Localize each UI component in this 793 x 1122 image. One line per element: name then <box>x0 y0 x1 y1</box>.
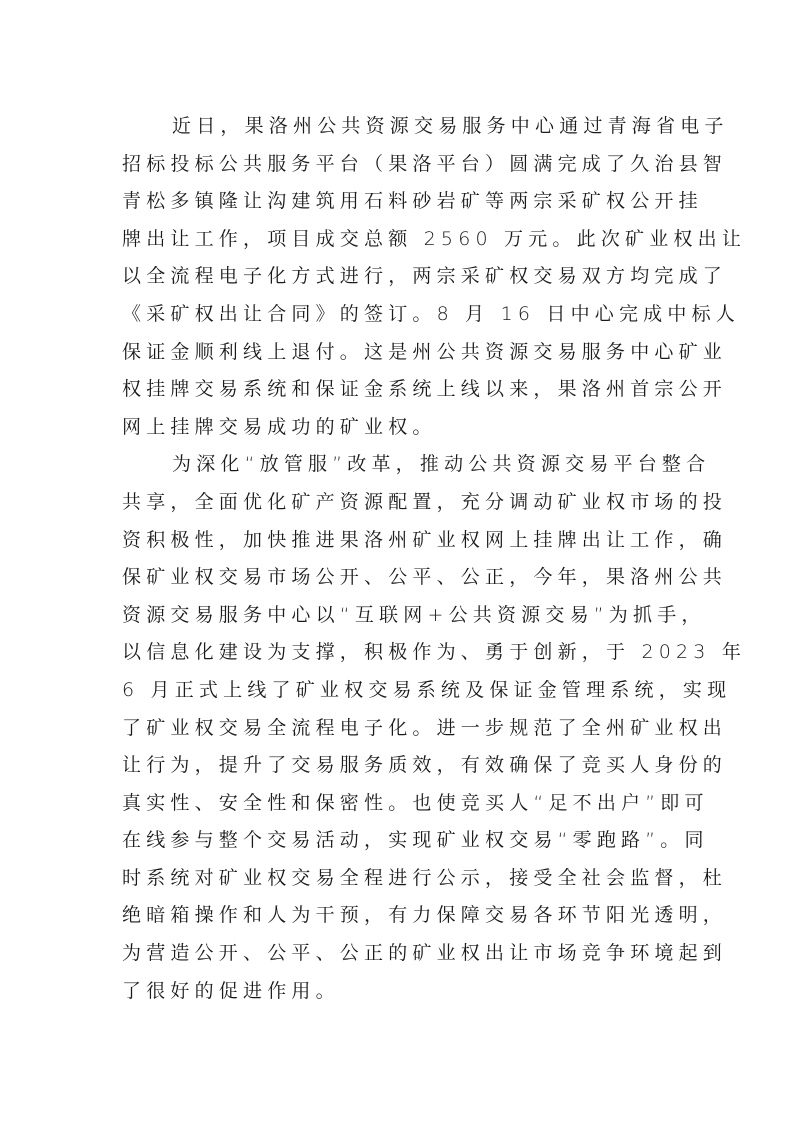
text-line: 保矿业权交易市场公开、公平、公正，今年，果洛州公共 <box>122 559 682 597</box>
text-line: 为深化“放管服”改革，推动公共资源交易平台整合 <box>122 446 682 484</box>
text-line: 保证金顺利线上退付。这是州公共资源交易服务中心矿业 <box>122 334 682 372</box>
text-line: 牌出让工作，项目成交总额 2560 万元。此次矿业权出让 <box>122 221 682 259</box>
paragraph-1: 近日，果洛州公共资源交易服务中心通过青海省电子 招标投标公共服务平台（果洛平台）… <box>122 108 682 446</box>
text-line: 了很好的促进作用。 <box>122 973 682 1011</box>
text-line: 了矿业权交易全流程电子化。进一步规范了全州矿业权出 <box>122 710 682 748</box>
text-line: 真实性、安全性和保密性。也使竞买人“足不出户”即可 <box>122 785 682 823</box>
document-page: 近日，果洛州公共资源交易服务中心通过青海省电子 招标投标公共服务平台（果洛平台）… <box>122 108 682 1010</box>
text-line: 资积极性，加快推进果洛州矿业权网上挂牌出让工作，确 <box>122 522 682 560</box>
text-line: 权挂牌交易系统和保证金系统上线以来，果洛州首宗公开 <box>122 371 682 409</box>
text-line: 以全流程电子化方式进行，两宗采矿权交易双方均完成了 <box>122 258 682 296</box>
text-line: 让行为，提升了交易服务质效，有效确保了竞买人身份的 <box>122 747 682 785</box>
text-line: 招标投标公共服务平台（果洛平台）圆满完成了久治县智 <box>122 146 682 184</box>
text-line: 6 月正式上线了矿业权交易系统及保证金管理系统，实现 <box>122 672 682 710</box>
text-line: 以信息化建设为支撑，积极作为、勇于创新，于 2023 年 <box>122 634 682 672</box>
text-line: 为营造公开、公平、公正的矿业权出让市场竞争环境起到 <box>122 935 682 973</box>
text-line: 网上挂牌交易成功的矿业权。 <box>122 409 682 447</box>
text-line: 在线参与整个交易活动，实现矿业权交易“零跑路”。同 <box>122 822 682 860</box>
text-line: 共享，全面优化矿产资源配置，充分调动矿业权市场的投 <box>122 484 682 522</box>
text-line: 资源交易服务中心以“互联网+公共资源交易”为抓手， <box>122 597 682 635</box>
paragraph-2: 为深化“放管服”改革，推动公共资源交易平台整合 共享，全面优化矿产资源配置，充分… <box>122 446 682 1010</box>
text-line: 近日，果洛州公共资源交易服务中心通过青海省电子 <box>122 108 682 146</box>
text-line: 绝暗箱操作和人为干预，有力保障交易各环节阳光透明， <box>122 897 682 935</box>
text-line: 青松多镇隆让沟建筑用石料砂岩矿等两宗采矿权公开挂 <box>122 183 682 221</box>
text-line: 《采矿权出让合同》的签订。8 月 16 日中心完成中标人 <box>122 296 682 334</box>
text-line: 时系统对矿业权交易全程进行公示，接受全社会监督，杜 <box>122 860 682 898</box>
